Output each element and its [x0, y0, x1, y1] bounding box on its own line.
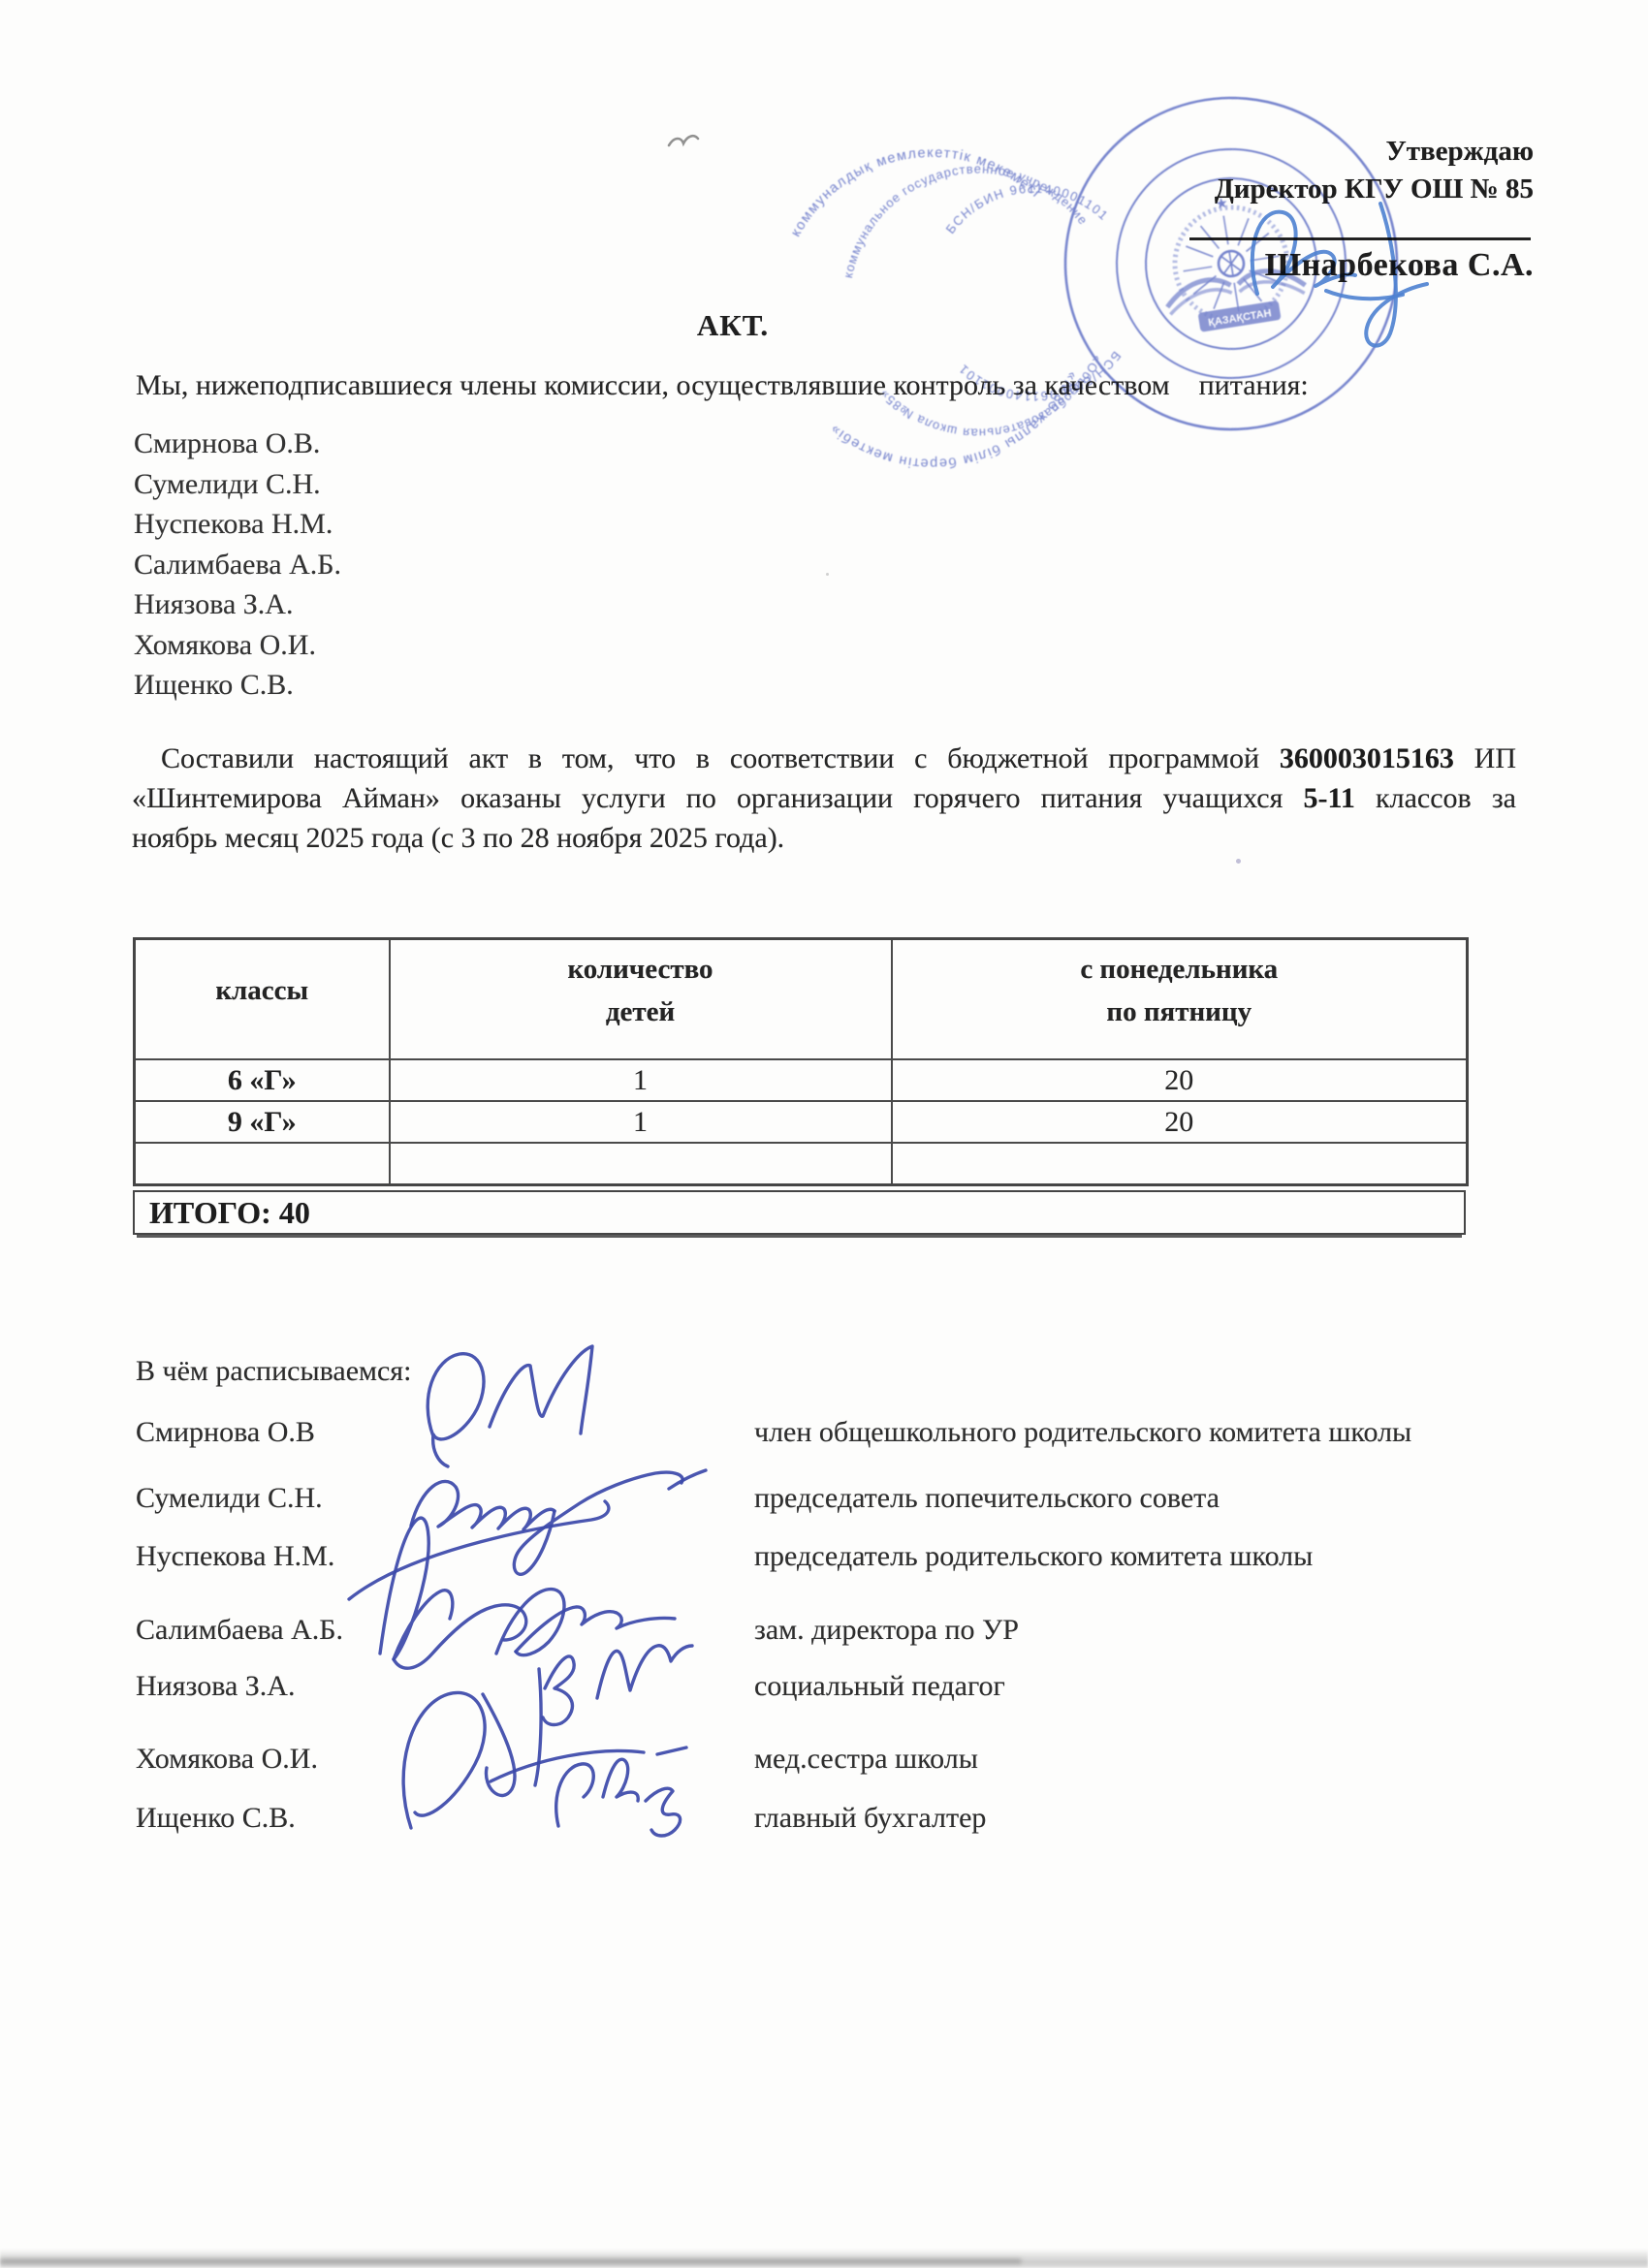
- signer-row: Ниязова З.А. социальный педагог: [136, 1670, 1532, 1703]
- signer-row: Смирнова О.В член общешкольного родитель…: [136, 1416, 1532, 1449]
- table-row: 9 «Г» 1 20: [135, 1101, 1468, 1143]
- header-mon-fri: с понедельника по пятницу: [892, 939, 1468, 1060]
- signer-role: председатель попечительского совета: [754, 1482, 1220, 1515]
- member-name: Салимбаева А.Б.: [134, 545, 341, 585]
- meals-table-block: классы количество детей с понедельника п…: [133, 937, 1466, 1235]
- member-name: Хомякова О.И.: [134, 625, 341, 666]
- total-label: ИТОГО: 40: [149, 1195, 310, 1230]
- scanner-bottom-shadow-dark: [0, 2258, 1022, 2264]
- body-line-3: ноябрь месяц 2025 года (с 3 по 28 ноября…: [132, 818, 1516, 858]
- signer-name: Ниязова З.А.: [136, 1670, 295, 1702]
- commission-members-list: Смирнова О.В. Сумелиди С.Н. Нуспекова Н.…: [134, 424, 341, 706]
- meals-table: классы количество детей с понедельника п…: [133, 937, 1469, 1186]
- body-line-1: Составили настоящий акт в том, что в соо…: [132, 739, 1516, 778]
- signer-role: зам. директора по УР: [754, 1614, 1019, 1647]
- stamp-middle-top-text: «Общеобразовательная школа №85»: [874, 351, 1114, 457]
- table-total-row: ИТОГО: 40: [133, 1190, 1466, 1235]
- signer-role: главный бухгалтер: [754, 1802, 986, 1835]
- table-header-row: классы количество детей с понедельника п…: [135, 939, 1468, 1060]
- signer-role: социальный педагог: [754, 1670, 1005, 1703]
- signer-row: Ищенко С.В. главный бухгалтер: [136, 1802, 1532, 1835]
- director-name: Шнарбекова С.А.: [1126, 246, 1534, 285]
- scanned-act-document: Утверждаю Директор КГУ ОШ № 85 Шнарбеков…: [0, 0, 1648, 2268]
- member-name: Сумелиди С.Н.: [134, 464, 341, 505]
- cell-class: [135, 1143, 390, 1185]
- cell-class: 6 «Г»: [135, 1059, 390, 1101]
- member-name: Ниязова З.А.: [134, 584, 341, 625]
- scan-speck: [1236, 859, 1241, 864]
- approval-block: Утверждаю Директор КГУ ОШ № 85 Шнарбеков…: [1126, 134, 1534, 285]
- stamp-outer-bottom-text: коммуналдық мемлекеттік мекемесі: [777, 127, 1045, 241]
- signer-row: Нуспекова Н.М. председатель родительског…: [136, 1540, 1532, 1573]
- signer-name: Нуспекова Н.М.: [136, 1540, 334, 1572]
- body-line-2: «Шинтемирова Айман» оказаны услуги по ор…: [132, 778, 1516, 818]
- svg-text:«Общеобразовательная школа №85: «Общеобразовательная школа №85» коммунал…: [826, 142, 1130, 459]
- cell-days: 20: [892, 1101, 1468, 1143]
- signing-section-label: В чём расписываемся:: [136, 1355, 411, 1388]
- signer-row: Хомякова О.И. мед.сестра школы: [136, 1743, 1532, 1776]
- member-name: Нуспекова Н.М.: [134, 504, 341, 545]
- cell-count: [390, 1143, 892, 1185]
- approve-word: Утверждаю: [1126, 134, 1534, 169]
- member-name: Смирнова О.В.: [134, 424, 341, 464]
- scan-speck: [826, 573, 829, 576]
- act-body-paragraph: Составили настоящий акт в том, что в соо…: [132, 739, 1516, 858]
- intro-paragraph: Мы, нижеподписавшиеся члены комиссии, ос…: [136, 369, 1522, 402]
- director-title-line: Директор КГУ ОШ № 85: [1126, 172, 1534, 206]
- signer-row: Салимбаева А.Б. зам. директора по УР: [136, 1614, 1532, 1647]
- header-children-count: количество детей: [390, 939, 892, 1060]
- signer-name: Смирнова О.В: [136, 1416, 315, 1448]
- cell-days: [892, 1143, 1468, 1185]
- signer-role: председатель родительского комитета школ…: [754, 1540, 1313, 1573]
- stamp-middle-bottom-text: коммунальное государственное учреждение: [826, 143, 1094, 281]
- grades-range: 5-11: [1304, 782, 1355, 814]
- svg-text:«№85 жалпы білім беретін мекте: «№85 жалпы білім беретін мектебі» коммун…: [777, 123, 1112, 489]
- table-row: 6 «Г» 1 20: [135, 1059, 1468, 1101]
- cell-days: 20: [892, 1059, 1468, 1101]
- signer-name: Ищенко С.В.: [136, 1802, 296, 1834]
- signer-role: член общешкольного родительского комитет…: [754, 1416, 1411, 1449]
- member-name: Ищенко С.В.: [134, 665, 341, 706]
- header-classes: классы: [135, 939, 390, 1060]
- cell-count: 1: [390, 1059, 892, 1101]
- signer-name: Салимбаева А.Б.: [136, 1614, 343, 1646]
- stamp-bin-bottom-text: БСН/БИН 961140001101: [937, 169, 1113, 249]
- signer-row: Сумелиди С.Н. председатель попечительско…: [136, 1482, 1532, 1515]
- signer-role: мед.сестра школы: [754, 1743, 978, 1776]
- document-title: АКТ.: [0, 308, 1466, 343]
- budget-program-code: 360003015163: [1280, 742, 1454, 774]
- cell-class: 9 «Г»: [135, 1101, 390, 1143]
- signer-name: Хомякова О.И.: [136, 1743, 318, 1775]
- signer-name: Сумелиди С.Н.: [136, 1482, 323, 1514]
- cell-count: 1: [390, 1101, 892, 1143]
- signature-line: [1189, 237, 1531, 240]
- scan-artifact-squiggle: [669, 136, 698, 145]
- table-row-empty: [135, 1143, 1468, 1185]
